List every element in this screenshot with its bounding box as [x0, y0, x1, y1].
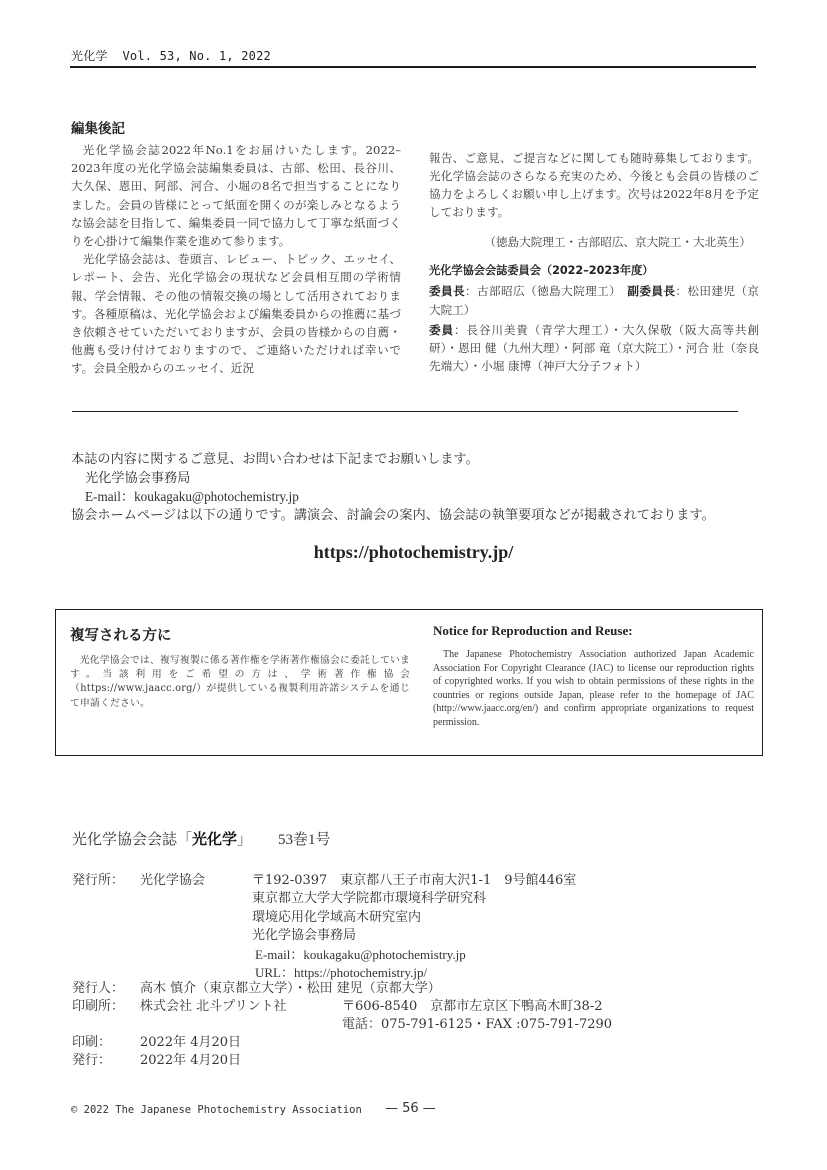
- publisher-email[interactable]: E-mail：koukagaku@photochemistry.jp: [252, 946, 576, 964]
- postscript-left-column: 編集後記 光化学協会誌2022年No.1をお届けいたします。2022–2023年…: [71, 120, 401, 378]
- colophon-title-prefix: 光化学協会会誌「: [72, 830, 192, 848]
- publisher-address-line: 光化学協会事務局: [252, 927, 576, 945]
- copyright-en-title: Notice for Reproduction and Reuse:: [433, 623, 754, 639]
- copyright-jp-title: 複写される方に: [70, 624, 410, 645]
- print-date: 2022年 4月20日: [140, 1034, 241, 1052]
- copyright-notice-english: Notice for Reproduction and Reuse: The J…: [433, 623, 754, 730]
- postscript-title: 編集後記: [71, 120, 401, 138]
- page-number: — 56 —: [385, 1101, 436, 1116]
- colophon-volume: 53巻1号: [278, 832, 331, 848]
- issuer-label: 発行人：: [72, 980, 142, 998]
- postscript-signature: （徳島大院理工・古部昭広、京大院工・大北英生）: [429, 233, 759, 251]
- print-date-label: 印刷：: [72, 1034, 142, 1052]
- publisher-address: 〒192-0397 東京都八王子市南大沢1-1 9号館446室 東京都立大学大学…: [252, 872, 576, 982]
- volume-issue-year: Vol. 53, No. 1, 2022: [122, 49, 271, 63]
- contact-email[interactable]: E-mail：koukagaku@photochemistry.jp: [71, 488, 771, 507]
- chair-label: 委員長: [429, 284, 465, 298]
- issue-date-label: 発行：: [72, 1052, 142, 1070]
- footer-copyright: © 2022 The Japanese Photochemistry Assoc…: [71, 1104, 362, 1116]
- contact-block: 本誌の内容に関するご意見、お問い合わせは下記までお願いします。 光化学協会事務局…: [71, 451, 771, 525]
- members-label: 委員: [429, 323, 454, 337]
- publisher-address-line: 環境応用化学域高木研究室内: [252, 909, 576, 927]
- committee-members: 委員：長谷川美貴（青学大理工）・大久保敬（阪大高等共創研）・恩田 健（九州大理）…: [429, 321, 759, 376]
- contact-intro: 本誌の内容に関するご意見、お問い合わせは下記までお願いします。: [71, 451, 771, 470]
- copyright-notice-japanese: 複写される方に 光化学協会では、複写複製に係る著作権を学術著作権協会に委託してい…: [70, 624, 410, 711]
- issuer-value: 高木 慎介（東京都立大学）・松田 建児（京都大学）: [140, 980, 441, 998]
- printer-address-line: 〒606-8540 京都市左京区下鴨高木町38-2: [342, 998, 612, 1016]
- printer-name: 株式会社 北斗プリント社: [140, 998, 287, 1016]
- copyright-jp-body: 光化学協会では、複写複製に係る著作権を学術著作権協会に委託しています。当該利用を…: [70, 654, 410, 711]
- header-rule: [70, 66, 756, 68]
- committee-chairs: 委員長：古部昭広（徳島大院理工） 副委員長：松田建児（京大院工）: [429, 282, 759, 318]
- publisher-label: 発行所：: [72, 872, 142, 890]
- issue-date: 2022年 4月20日: [140, 1052, 241, 1070]
- postscript-paragraph-3: 報告、ご意見、ご提言などに関しても随時募集しております。光化学協会誌のさらなる充…: [429, 149, 759, 222]
- running-header: 光化学 Vol. 53, No. 1, 2022: [71, 47, 271, 64]
- homepage-url-link[interactable]: https://photochemistry.jp/: [0, 542, 827, 563]
- printer-phone-fax: 電話：075-791-6125・FAX :075-791-7290: [342, 1016, 612, 1034]
- publisher-address-line: 東京都立大学大学院都市環境科学研究科: [252, 890, 576, 908]
- members-value: ：長谷川美貴（青学大理工）・大久保敬（阪大高等共創研）・恩田 健（九州大理）・阿…: [429, 323, 759, 373]
- publisher-name: 光化学協会: [140, 872, 205, 890]
- contact-office: 光化学協会事務局: [71, 470, 771, 489]
- postscript-paragraph-1: 光化学協会誌2022年No.1をお届けいたします。2022–2023年度の光化学…: [71, 141, 401, 250]
- copyright-notice-box: 複写される方に 光化学協会では、複写複製に係る著作権を学術著作権協会に委託してい…: [55, 609, 763, 756]
- publisher-address-line: 〒192-0397 東京都八王子市南大沢1-1 9号館446室: [252, 872, 576, 890]
- printer-label: 印刷所：: [72, 998, 142, 1016]
- printer-address: 〒606-8540 京都市左京区下鴨高木町38-2 電話：075-791-612…: [342, 998, 612, 1035]
- postscript-paragraph-2: 光化学協会誌は、巻頭言、レビュー、トピック、エッセイ、レポート、会告、光化学協会…: [71, 250, 401, 377]
- journal-name: 光化学: [71, 49, 108, 63]
- postscript-right-column: 報告、ご意見、ご提言などに関しても随時募集しております。光化学協会誌のさらなる充…: [429, 137, 759, 375]
- section-divider: [72, 411, 738, 412]
- colophon-title-suffix: 」: [237, 830, 252, 848]
- committee-title: 光化学協会会誌委員会（2022–2023年度）: [429, 262, 759, 280]
- chair-value: ：古部昭広（徳島大院理工）: [465, 284, 627, 298]
- colophon-title: 光化学協会会誌「光化学」53巻1号: [72, 828, 331, 849]
- homepage-intro: 協会ホームページは以下の通りです。講演会、討論会の案内、協会誌の執筆要項などが掲…: [71, 507, 771, 526]
- copyright-en-body: The Japanese Photochemistry Association …: [433, 648, 754, 730]
- vice-chair-label: 副委員長: [627, 284, 675, 298]
- colophon-journal-name: 光化学: [192, 830, 237, 848]
